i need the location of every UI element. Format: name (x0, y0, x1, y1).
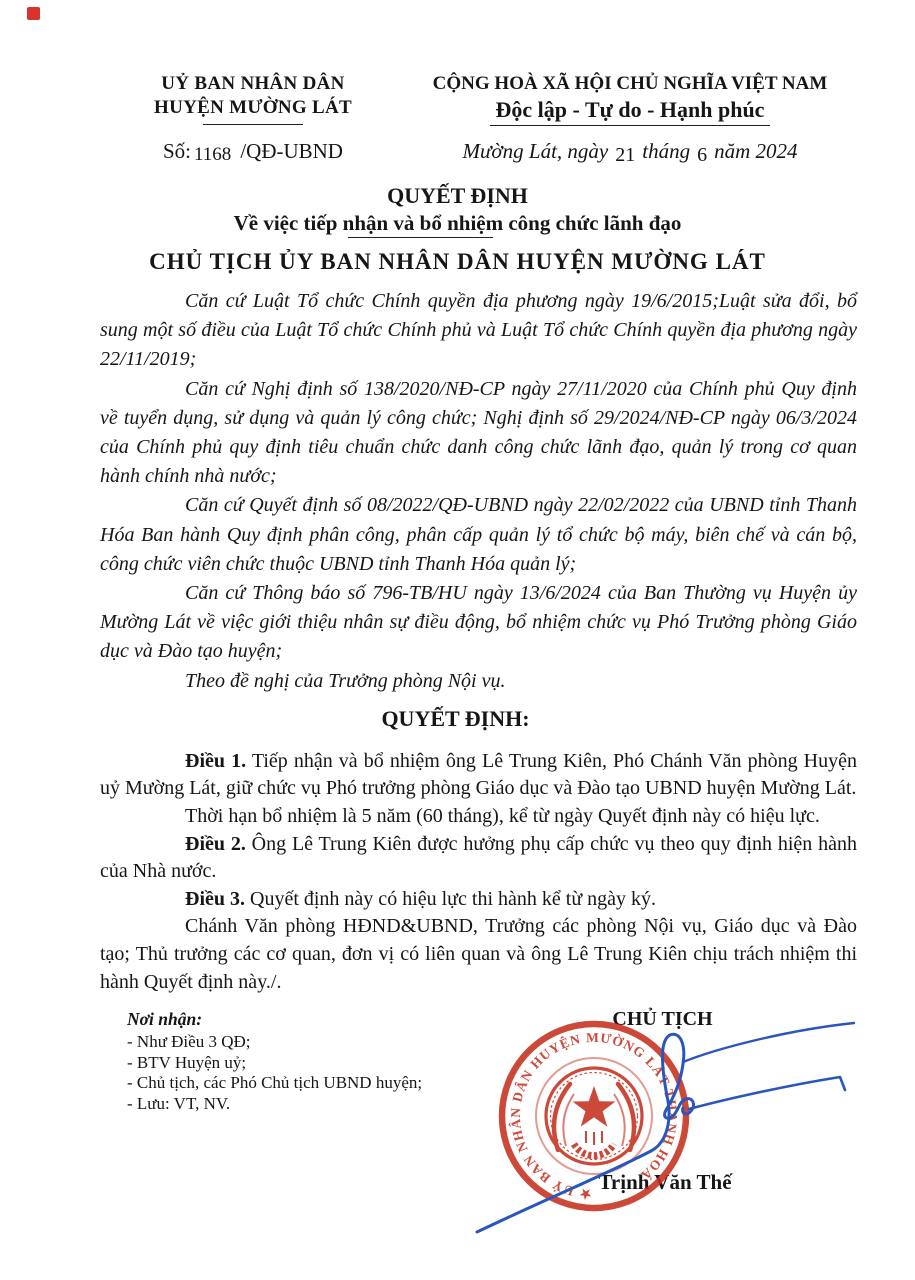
article-1: Điều 1. Tiếp nhận và bổ nhiệm ông Lê Tru… (100, 748, 857, 803)
red-corner-mark (27, 7, 40, 20)
document-type-title: QUYẾT ĐỊNH (0, 183, 915, 209)
national-emblem (546, 1068, 642, 1164)
document-number-prefix: Số: (163, 139, 191, 163)
article-1-duration: Thời hạn bổ nhiệm là 5 năm (60 tháng), k… (100, 803, 857, 831)
national-motto: Độc lập - Tự do - Hạnh phúc (490, 96, 771, 126)
preamble-section: Căn cứ Luật Tổ chức Chính quyền địa phươ… (100, 287, 857, 696)
authority-underline (203, 124, 303, 125)
article-1-duration-text: Thời hạn bổ nhiệm là 5 năm (60 tháng), k… (185, 805, 820, 827)
preamble-paragraph: Căn cứ Nghị định số 138/2020/NĐ-CP ngày … (100, 375, 857, 492)
article-3: Điều 3. Quyết định này có hiệu lực thi h… (100, 886, 857, 914)
document-number-line: Số:1168/QĐ-UBND (118, 139, 388, 164)
document-subject-title: Về việc tiếp nhận và bổ nhiệm công chức … (0, 211, 915, 236)
document-number-suffix: /QĐ-UBND (240, 139, 343, 163)
emblem-star (573, 1086, 616, 1127)
date-post: năm 2024 (714, 139, 797, 163)
date-mid: tháng (642, 139, 690, 163)
document-body: Căn cứ Luật Tổ chức Chính quyền địa phươ… (100, 287, 857, 996)
issuing-authority-block: UỶ BAN NHÂN DÂN HUYỆN MƯỜNG LÁT Số:1168/… (118, 72, 388, 164)
preamble-paragraph: Căn cứ Thông báo số 796-TB/HU ngày 13/6/… (100, 579, 857, 667)
date-day: 21 (608, 144, 642, 166)
article-2: Điều 2. Ông Lê Trung Kiên được hưởng phụ… (100, 831, 857, 886)
preamble-paragraph: Căn cứ Luật Tổ chức Chính quyền địa phươ… (100, 287, 857, 375)
decision-heading: QUYẾT ĐỊNH: (100, 704, 811, 734)
red-official-seal: ★ UỶ BAN NHÂN DÂN HUYỆN MƯỜNG LÁT THANH … (502, 1024, 686, 1208)
document-title-block: QUYẾT ĐỊNH Về việc tiếp nhận và bổ nhiệm… (0, 183, 915, 276)
issuing-authority-line2: HUYỆN MƯỜNG LÁT (118, 96, 388, 120)
issuing-authority-line1: UỶ BAN NHÂN DÂN (118, 72, 388, 96)
implementation-clause: Chánh Văn phòng HĐND&UBND, Trưởng các ph… (100, 913, 857, 996)
official-seal-and-signature: ★ UỶ BAN NHÂN DÂN HUYỆN MƯỜNG LÁT THANH … (380, 990, 915, 1280)
article-3-label: Điều 3. (185, 888, 245, 910)
article-2-label: Điều 2. (185, 833, 246, 855)
implementation-text: Chánh Văn phòng HĐND&UBND, Trưởng các ph… (100, 915, 857, 992)
subject-underline (348, 237, 493, 238)
scanned-decision-document: { "header": { "left": { "org_line1": "UỶ… (0, 0, 915, 1280)
place-date-line: Mường Lát, ngày21tháng6năm 2024 (425, 139, 835, 164)
date-pre: Mường Lát, ngày (462, 139, 608, 163)
national-motto-block: CỘNG HOÀ XÃ HỘI CHỦ NGHĨA VIỆT NAM Độc l… (425, 72, 835, 164)
issuer-title: CHỦ TỊCH ỦY BAN NHÂN DÂN HUYỆN MƯỜNG LÁT (0, 248, 915, 276)
preamble-paragraph: Theo đề nghị của Trưởng phòng Nội vụ. (100, 667, 857, 696)
article-1-label: Điều 1. (185, 750, 246, 772)
document-number-value: 1168 (194, 144, 231, 165)
date-month: 6 (690, 144, 714, 166)
national-title: CỘNG HOÀ XÃ HỘI CHỦ NGHĨA VIỆT NAM (425, 72, 835, 96)
preamble-paragraph: Căn cứ Quyết định số 08/2022/QĐ-UBND ngà… (100, 491, 857, 579)
articles-section: Điều 1. Tiếp nhận và bổ nhiệm ông Lê Tru… (100, 748, 857, 996)
article-3-text: Quyết định này có hiệu lực thi hành kể t… (245, 888, 656, 910)
